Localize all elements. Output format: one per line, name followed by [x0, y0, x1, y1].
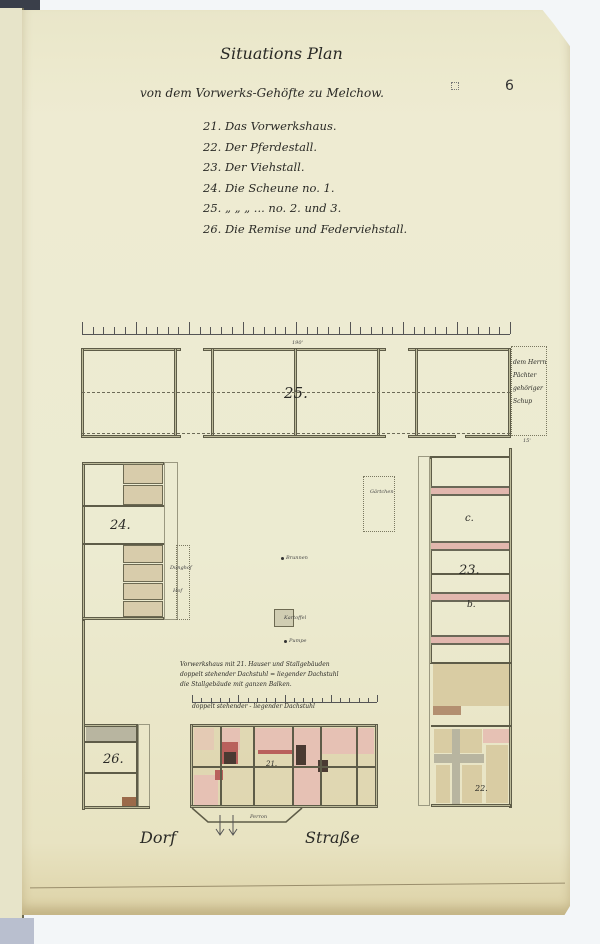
building-26-label: 26.	[103, 752, 124, 767]
ruler-tick	[243, 322, 244, 334]
house-scale-note: doppelt stehender - liegender Dachstuhl	[192, 703, 315, 710]
ruler-tick	[296, 322, 297, 334]
building-25-label: 25.	[284, 384, 308, 402]
ruler-tick	[467, 327, 468, 334]
ruler-tick	[322, 698, 323, 702]
ruler-tick	[125, 327, 126, 334]
dimension-label: 15'	[523, 438, 531, 444]
ruler-tick	[371, 327, 372, 334]
ruler-tick	[435, 327, 436, 334]
scan-edge	[0, 918, 34, 944]
ruler-tick	[414, 327, 415, 334]
ruler-tick	[248, 698, 249, 702]
ruler-tick	[392, 327, 393, 334]
marker-icon	[451, 82, 459, 90]
ruler-tick	[220, 698, 221, 702]
ruler-tick	[359, 698, 360, 702]
ruler-tick	[403, 322, 404, 334]
page-number: 6	[505, 78, 514, 94]
ruler-tick	[211, 698, 212, 702]
legend-item: 24. Die Scheune no. 1.	[203, 178, 407, 199]
legend-item: 26. Die Remise und Federviehstall.	[203, 219, 407, 240]
ruler-tick	[192, 695, 193, 702]
street-label-strasse: Straße	[305, 828, 360, 847]
ruler-tick	[349, 698, 350, 702]
ruler-tick	[307, 327, 308, 334]
ruler-tick	[350, 322, 351, 334]
ruler-dim-label: 190'	[292, 340, 303, 346]
ruler-tick	[136, 322, 137, 334]
document-title: Situations Plan	[220, 44, 343, 63]
binding-spine	[0, 8, 24, 918]
ruler-tick	[382, 327, 383, 334]
pump-icon	[284, 640, 287, 643]
ruler-tick	[446, 327, 447, 334]
legend-item: 23. Der Viehstall.	[203, 157, 407, 178]
ruler-tick	[377, 695, 378, 702]
legend-item: 21. Das Vorwerkshaus.	[203, 116, 407, 137]
ruler-tick	[285, 327, 286, 334]
ruler-tick	[93, 327, 94, 334]
ruler-tick	[82, 322, 83, 334]
ruler-tick	[275, 698, 276, 702]
ruler-tick	[264, 327, 265, 334]
ruler-tick	[189, 322, 190, 334]
building-24-label: 24.	[110, 518, 131, 533]
ruler-tick	[510, 322, 511, 334]
legend-item: 22. Der Pferdestall.	[203, 137, 407, 158]
ruler-tick	[103, 327, 104, 334]
ruler-tick	[201, 698, 202, 702]
ruler-tick	[294, 698, 295, 702]
building-23-label: 23.	[459, 563, 480, 578]
ruler-tick	[221, 327, 222, 334]
ruler-tick	[339, 327, 340, 334]
ruler-tick	[114, 327, 115, 334]
ruler-tick	[266, 698, 267, 702]
ruler-tick	[232, 327, 233, 334]
arrow-down-icon	[215, 815, 227, 837]
legend-item: 25. „ „ „ ... no. 2. und 3.	[203, 198, 407, 219]
ruler-tick	[303, 698, 304, 702]
ruler-tick	[368, 698, 369, 702]
ruler-tick	[331, 695, 332, 702]
ruler-tick	[157, 327, 158, 334]
ruler-tick	[328, 327, 329, 334]
arrow-down-icon	[228, 815, 240, 837]
garden-plot	[363, 476, 395, 532]
ruler-tick	[210, 327, 211, 334]
ruler-tick	[168, 327, 169, 334]
ruler-tick	[489, 327, 490, 334]
ruler-tick	[200, 327, 201, 334]
ruler-tick	[424, 327, 425, 334]
document-subtitle: von dem Vorwerks-Gehöfte zu Melchow.	[140, 86, 384, 100]
ruler-tick	[317, 327, 318, 334]
ruler-tick	[340, 698, 341, 702]
ruler-tick	[275, 327, 276, 334]
ruler-tick	[257, 698, 258, 702]
ruler-tick	[238, 695, 239, 702]
building-21-label: 21.	[266, 760, 277, 768]
ruler-tick	[229, 698, 230, 702]
legend: 21. Das Vorwerkshaus. 22. Der Pferdestal…	[203, 116, 407, 239]
side-note: dem Herrn Pächter gehöriger Schup	[513, 356, 546, 408]
ruler-tick	[253, 327, 254, 334]
street-label-dorf: Dorf	[140, 828, 176, 847]
ruler-tick	[457, 322, 458, 334]
house-note: Vorwerkshaus mit 21. Hauser und Stallgeb…	[180, 660, 339, 690]
well-icon	[281, 557, 284, 560]
ruler-tick	[178, 327, 179, 334]
ruler-tick	[285, 695, 286, 702]
ruler-tick	[146, 327, 147, 334]
house-scale-ruler	[192, 695, 377, 703]
ruler-tick	[360, 327, 361, 334]
ruler-tick	[478, 327, 479, 334]
ruler-tick	[499, 327, 500, 334]
scale-ruler	[82, 322, 510, 335]
ruler-tick	[312, 698, 313, 702]
building-22-label: 22.	[475, 784, 488, 793]
